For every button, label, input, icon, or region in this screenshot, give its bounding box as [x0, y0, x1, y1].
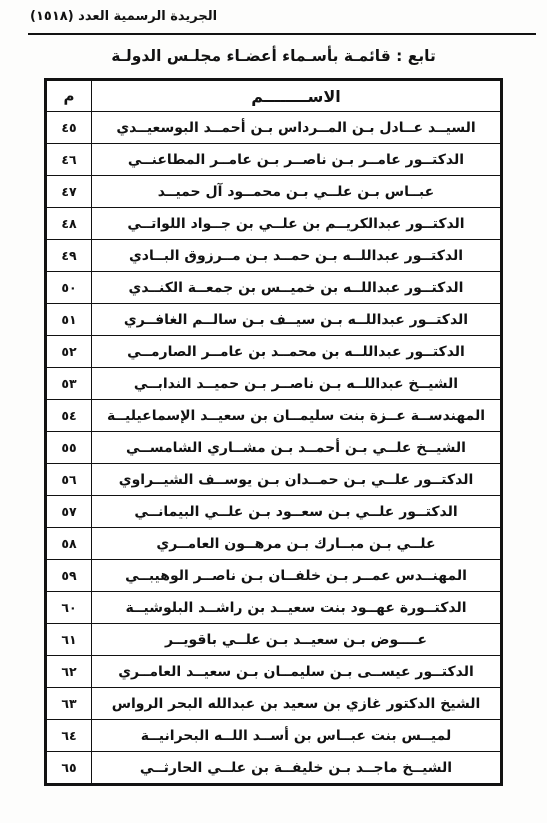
table-row: عــــوض بـن سعيــد بـن علــي باقويــر٦١ — [46, 624, 502, 656]
row-number-cell: ٥٥ — [46, 432, 92, 464]
table-row: الشيــخ ماجــد بـن خليفــة بن علــي الحا… — [46, 752, 502, 785]
member-name-cell: لميــس بنت عبــاس بن أســد اللــه البحرا… — [92, 720, 502, 752]
table-row: الشيــخ علــي بـن أحمــد بـن مشــاري الش… — [46, 432, 502, 464]
member-name-cell: الشيــخ علــي بـن أحمــد بـن مشــاري الش… — [92, 432, 502, 464]
row-number-cell: ٦٥ — [46, 752, 92, 785]
row-number-cell: ٦٣ — [46, 688, 92, 720]
gazette-issue-header: الجريدة الرسمية العدد (١٥١٨) — [30, 9, 217, 24]
table-row: الدكتــور عبداللــه بن محمــد بن عامــر … — [46, 336, 502, 368]
members-table-body: السيــد عــادل بـن المــرداس بـن أحمــد … — [46, 112, 502, 785]
member-name-cell: الدكتــورة عهــود بنت سعيــد بن راشــد ا… — [92, 592, 502, 624]
row-number-cell: ٥٤ — [46, 400, 92, 432]
row-number-cell: ٤٦ — [46, 144, 92, 176]
table-row: الدكتــور عيســى بـن سليمــان بـن سعيــد… — [46, 656, 502, 688]
members-table: الاســــــــم م السيــد عــادل بـن المــ… — [44, 78, 503, 786]
table-header-row: الاســــــــم م — [46, 80, 502, 112]
row-number-cell: ٥٠ — [46, 272, 92, 304]
member-name-cell: الدكتــور عبداللــه بن محمــد بن عامــر … — [92, 336, 502, 368]
row-number-cell: ٦٤ — [46, 720, 92, 752]
members-table-head: الاســــــــم م — [46, 80, 502, 112]
member-name-cell: الشيخ الدكتور غازي بن سعيد بن عبدالله ال… — [92, 688, 502, 720]
member-name-cell: الدكتــور عيســى بـن سليمــان بـن سعيــد… — [92, 656, 502, 688]
row-number-cell: ٥٩ — [46, 560, 92, 592]
row-number-cell: ٦١ — [46, 624, 92, 656]
table-row: المهنــدس عمــر بـن خلفــان بـن ناصــر ا… — [46, 560, 502, 592]
table-row: السيــد عــادل بـن المــرداس بـن أحمــد … — [46, 112, 502, 144]
member-name-cell: الشيــخ ماجــد بـن خليفــة بن علــي الحا… — [92, 752, 502, 785]
name-column-header: الاســــــــم — [92, 80, 502, 112]
member-name-cell: المهندســة عــزة بنت سليمــان بن سعيــد … — [92, 400, 502, 432]
table-row: الدكتــور علــي بـن حمــدان بـن يوســف ا… — [46, 464, 502, 496]
table-row: الدكتــور عبداللــه بـن حمــد بـن مــرزو… — [46, 240, 502, 272]
table-row: الشيــخ عبداللــه بـن ناصــر بـن حميــد … — [46, 368, 502, 400]
table-row: الدكتــور عامــر بـن ناصــر بـن عامــر ا… — [46, 144, 502, 176]
row-number-cell: ٦٢ — [46, 656, 92, 688]
member-name-cell: عــــوض بـن سعيــد بـن علــي باقويــر — [92, 624, 502, 656]
table-row: الدكتــور عبداللــه بـن سيــف بـن سالــم… — [46, 304, 502, 336]
member-name-cell: الدكتــور عبداللــه بن خميــس بن جمعــة … — [92, 272, 502, 304]
row-number-cell: ٥٢ — [46, 336, 92, 368]
member-name-cell: الدكتــور علــي بـن حمــدان بـن يوســف ا… — [92, 464, 502, 496]
table-row: المهندســة عــزة بنت سليمــان بن سعيــد … — [46, 400, 502, 432]
row-number-cell: ٦٠ — [46, 592, 92, 624]
member-name-cell: السيــد عــادل بـن المــرداس بـن أحمــد … — [92, 112, 502, 144]
table-row: الدكتــور علــي بـن سعــود بـن علــي الب… — [46, 496, 502, 528]
table-row: الدكتــورة عهــود بنت سعيــد بن راشــد ا… — [46, 592, 502, 624]
table-row: الدكتــور عبداللــه بن خميــس بن جمعــة … — [46, 272, 502, 304]
member-name-cell: الدكتــور عامــر بـن ناصــر بـن عامــر ا… — [92, 144, 502, 176]
row-number-cell: ٥١ — [46, 304, 92, 336]
table-row: الشيخ الدكتور غازي بن سعيد بن عبدالله ال… — [46, 688, 502, 720]
member-name-cell: المهنــدس عمــر بـن خلفــان بـن ناصــر ا… — [92, 560, 502, 592]
member-name-cell: الدكتــور عبدالكريــم بن علــي بن جــواد… — [92, 208, 502, 240]
header-divider-rule — [28, 33, 536, 35]
table-row: لميــس بنت عبــاس بن أســد اللــه البحرا… — [46, 720, 502, 752]
table-row: عبــاس بـن علــي بـن محمــود آل حميــد٤٧ — [46, 176, 502, 208]
table-row: علــي بـن مبــارك بـن مرهــون العامــري٥… — [46, 528, 502, 560]
gazette-page: { "page": { "header": "الجريدة الرسمية ا… — [0, 0, 547, 823]
row-number-cell: ٥٨ — [46, 528, 92, 560]
table-row: الدكتــور عبدالكريــم بن علــي بن جــواد… — [46, 208, 502, 240]
member-name-cell: علــي بـن مبــارك بـن مرهــون العامــري — [92, 528, 502, 560]
member-name-cell: الشيــخ عبداللــه بـن ناصــر بـن حميــد … — [92, 368, 502, 400]
number-column-header: م — [46, 80, 92, 112]
row-number-cell: ٤٥ — [46, 112, 92, 144]
member-name-cell: الدكتــور عبداللــه بـن حمــد بـن مــرزو… — [92, 240, 502, 272]
row-number-cell: ٥٦ — [46, 464, 92, 496]
member-name-cell: الدكتــور عبداللــه بـن سيــف بـن سالــم… — [92, 304, 502, 336]
row-number-cell: ٥٧ — [46, 496, 92, 528]
member-name-cell: الدكتــور علــي بـن سعــود بـن علــي الب… — [92, 496, 502, 528]
row-number-cell: ٤٧ — [46, 176, 92, 208]
row-number-cell: ٤٩ — [46, 240, 92, 272]
row-number-cell: ٤٨ — [46, 208, 92, 240]
row-number-cell: ٥٣ — [46, 368, 92, 400]
member-name-cell: عبــاس بـن علــي بـن محمــود آل حميــد — [92, 176, 502, 208]
page-title: تابع : قائمـة بأسـماء أعضـاء مجلـس الدول… — [0, 47, 547, 65]
